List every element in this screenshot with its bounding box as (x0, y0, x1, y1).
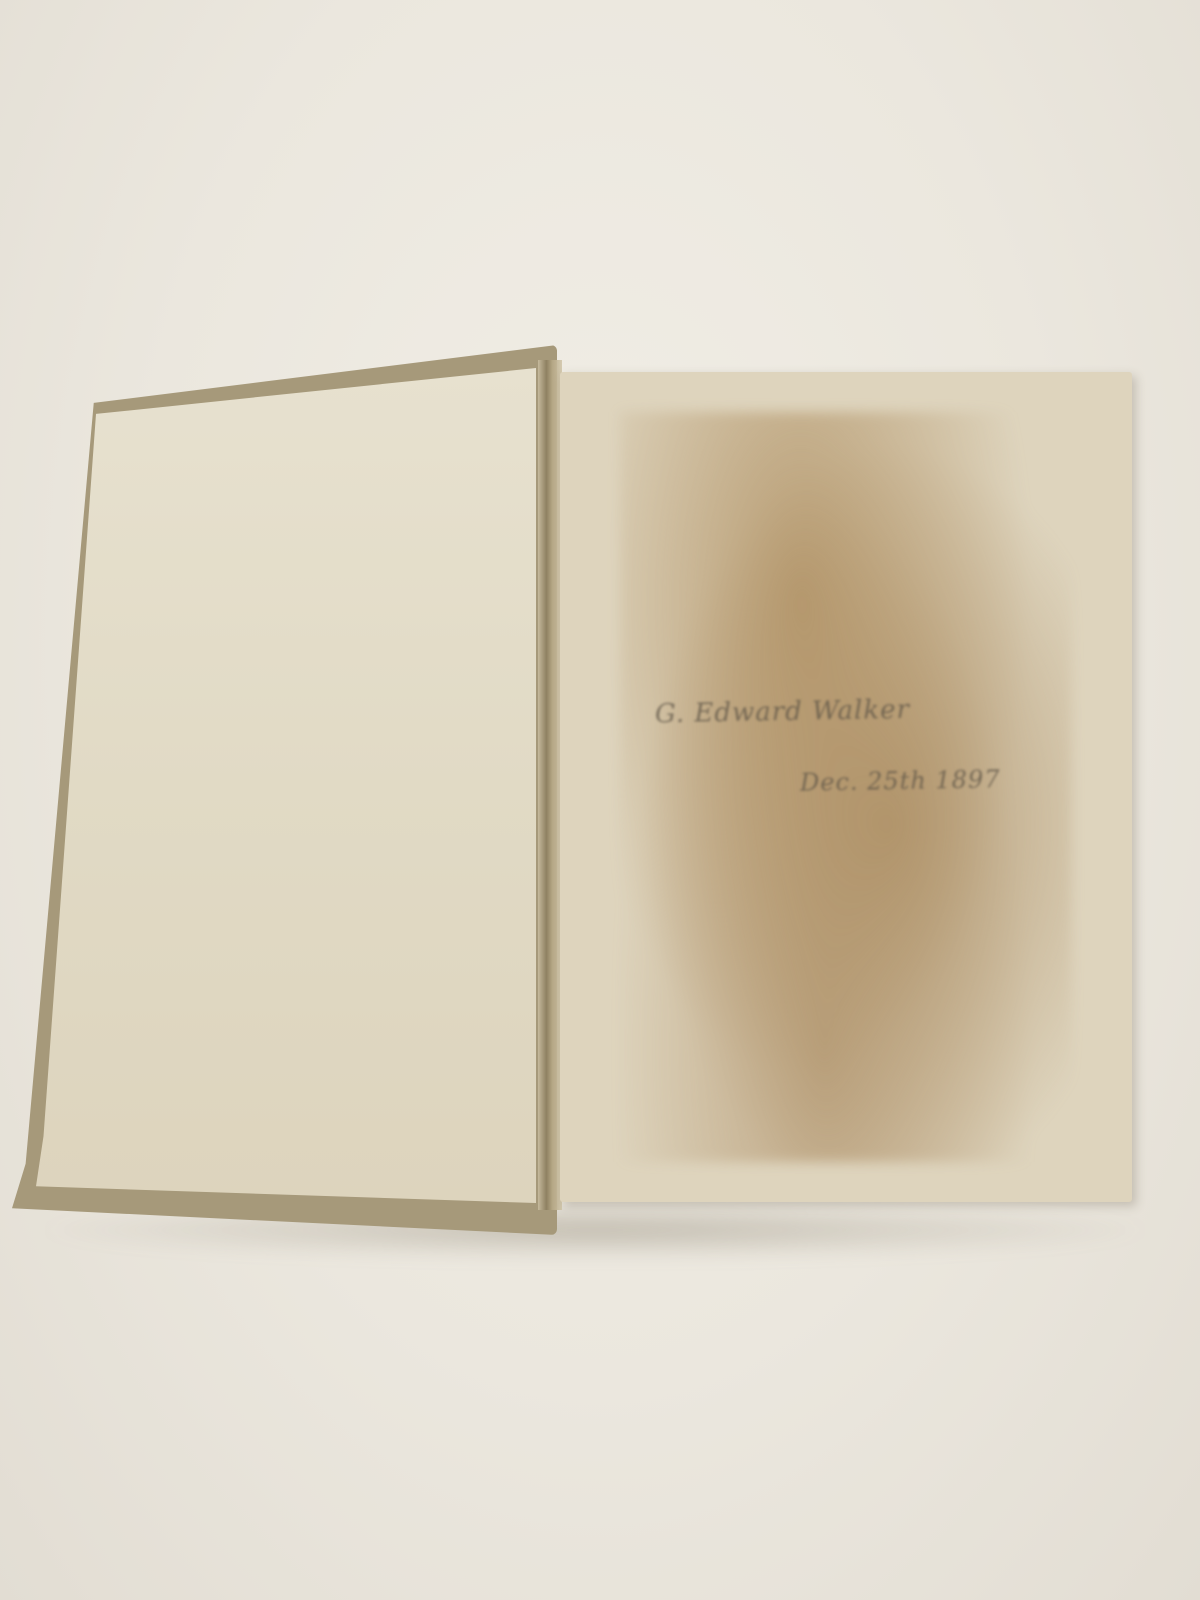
spine-gutter (538, 360, 562, 1210)
inside-cover-pastedown (36, 368, 536, 1203)
endpaper-page: G. Edward Walker Dec. 25th 1897 (560, 372, 1132, 1202)
inscription-date: Dec. 25th 1897 (800, 765, 1001, 796)
inscription-name: G. Edward Walker (655, 695, 910, 729)
